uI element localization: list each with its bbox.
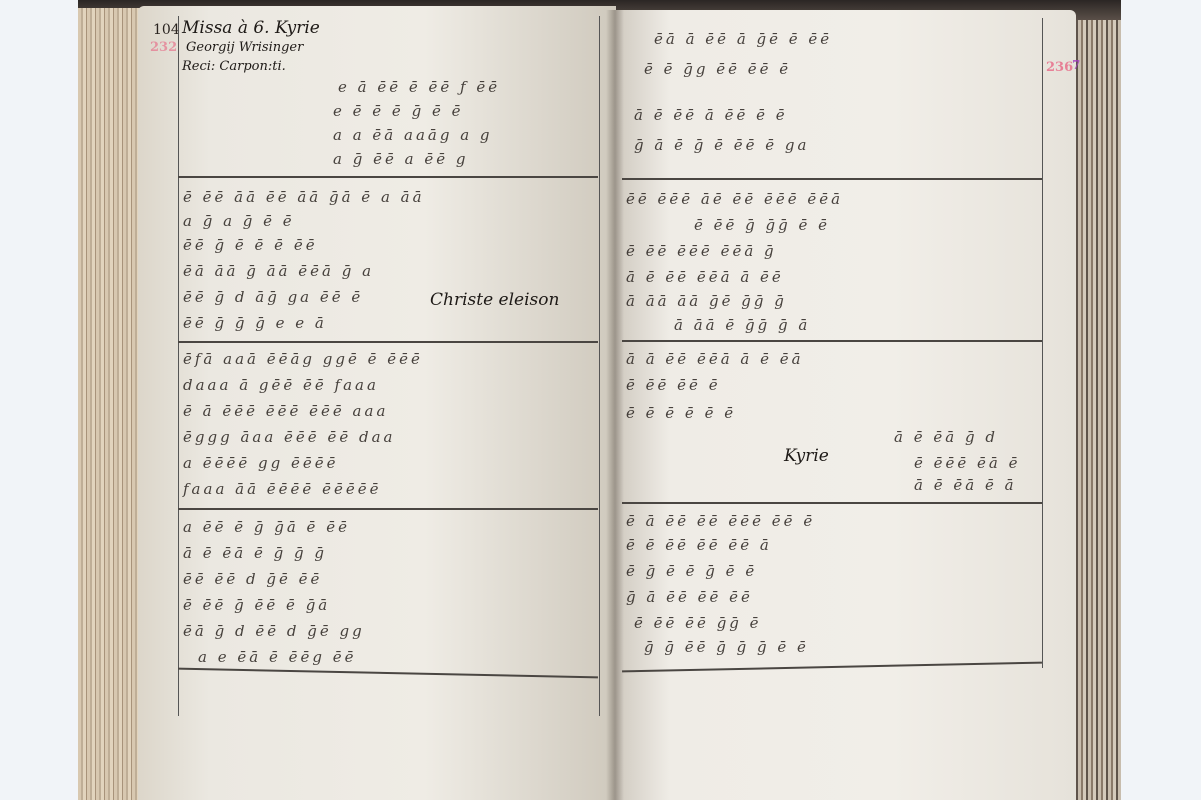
manuscript-photo: 104 232 Missa à 6. Kyrie Georgij Wrising… (78, 0, 1121, 800)
tab-row: ē ēē ēē ē (626, 376, 721, 394)
tab-row: ā āā āā ḡē ḡḡ ḡ (626, 292, 787, 310)
tab-row: ēā ā ēē ā ḡē ē ēē (654, 30, 832, 48)
tab-row: ā ē ēā ē ḡ ḡ ḡ (183, 544, 327, 562)
page-edges-right (1071, 20, 1121, 800)
tab-row: a e ēā ē ēēg ēē (198, 648, 356, 666)
tab-row: ē ēēē ēā ē (914, 454, 1021, 472)
tab-row: ḡ ā ē ḡ ē ēē ē ga (634, 136, 809, 154)
tab-row: ā ē ēē ēēā ā ēē (626, 268, 784, 286)
tab-row: ē ēē āā ēē āā ḡā ē a āā (183, 188, 425, 206)
tab-row: daaa ā gēē ēē faaa (183, 376, 379, 394)
tab-row: ē ā ēē ēē ēēē ēē ē (626, 512, 815, 530)
system-divider (622, 502, 1042, 504)
tab-row: ā ā ēē ēēā ā ē ēā (626, 350, 804, 368)
folio-number: 104 (153, 22, 180, 38)
system-divider (178, 508, 598, 510)
tab-row: e ē ē ē ḡ ē ē (333, 102, 463, 120)
library-stamp: 236 (1046, 60, 1073, 75)
tab-row: ā ē ēā ē ā (914, 476, 1017, 494)
composer-name: Georgij Wrisinger (186, 40, 303, 55)
tab-row: a ḡ a ḡ ē ē (183, 212, 295, 230)
tab-row: ē ēē ēēē ēēā ḡ (626, 242, 777, 260)
left-page: 104 232 Missa à 6. Kyrie Georgij Wrising… (138, 6, 616, 800)
tab-row: a ēē ē ḡ ḡā ē ēē (183, 518, 350, 536)
margin-mark: 7 (1072, 58, 1080, 72)
tab-row: ḡ ā ēē ēē ēē (626, 588, 753, 606)
system-divider (178, 176, 598, 178)
section-label-kyrie: Kyrie (784, 446, 829, 466)
attribution: Reci: Carpon:ti. (182, 59, 286, 74)
system-divider (178, 341, 598, 343)
tab-row: ē ā ēēē ēēē ēēē aaa (183, 402, 388, 420)
tab-row: ē ē ēē ēē ēē ā (626, 536, 772, 554)
system-divider (622, 340, 1042, 342)
tab-row: ā ē ēā ḡ d (894, 428, 998, 446)
mass-title: Missa à 6. Kyrie (182, 18, 320, 38)
tab-row: ēē ḡ ḡ ḡ e e ā (183, 314, 327, 332)
tab-row: ēē ḡ d āḡ ga ēē ē (183, 288, 363, 306)
tab-row: ē ḡ ē ē ḡ ē ē (626, 562, 757, 580)
system-divider (622, 178, 1042, 180)
tab-row: a ēēēē gg ēēēē (183, 454, 338, 472)
tab-row: ēā āā ḡ āā ēēā ḡ a (183, 262, 374, 280)
book-gutter (606, 10, 624, 800)
tab-row: ē ē ḡg ēē ēē ē (644, 60, 791, 78)
tab-row: ē ēē ḡ ēē ē ḡā (183, 596, 330, 614)
tab-row: ē ēē ḡ ḡḡ ē ē (694, 216, 830, 234)
library-stamp: 232 (150, 40, 177, 55)
tab-row: ē ēē ēē ḡḡ ē (634, 614, 762, 632)
tab-row: ā āā ē ḡḡ ḡ ā (674, 316, 810, 334)
section-label-christe: Christe eleison (430, 290, 559, 310)
tab-row: ā ē ēē ā ēē ē ē (634, 106, 788, 124)
tab-row: ēē ēēē āē ēē ēēē ēēā (626, 190, 843, 208)
tab-row: ēggg āaa ēēē ēē daa (183, 428, 395, 446)
right-page: 236 7 ēā ā ēē ā ḡē ē ēē ē ē ḡg ēē ēē ē ā… (614, 10, 1076, 800)
tab-row: ē ē ē ē ē ē (626, 404, 736, 422)
tab-row: ēē ḡ ē ē ē ēē (183, 236, 318, 254)
tab-row: a ḡ ēē a ēē g (333, 150, 468, 168)
tab-row: ḡ ḡ ēē ḡ ḡ ḡ ē ē (644, 638, 809, 656)
tab-row: ēfā aaā ēēāg ggē ē ēēē (183, 350, 423, 368)
tab-row: ēā ḡ d ēē d ḡē gg (183, 622, 365, 640)
tab-row: faaa āā ēēēē ēēēēē (183, 480, 381, 498)
tab-row: ēē ēē d ḡē ēē (183, 570, 322, 588)
tab-row: e ā ēē ē ēē ƒ ēē (338, 78, 500, 96)
tab-row: a a ēā aaāg a g (333, 126, 493, 144)
